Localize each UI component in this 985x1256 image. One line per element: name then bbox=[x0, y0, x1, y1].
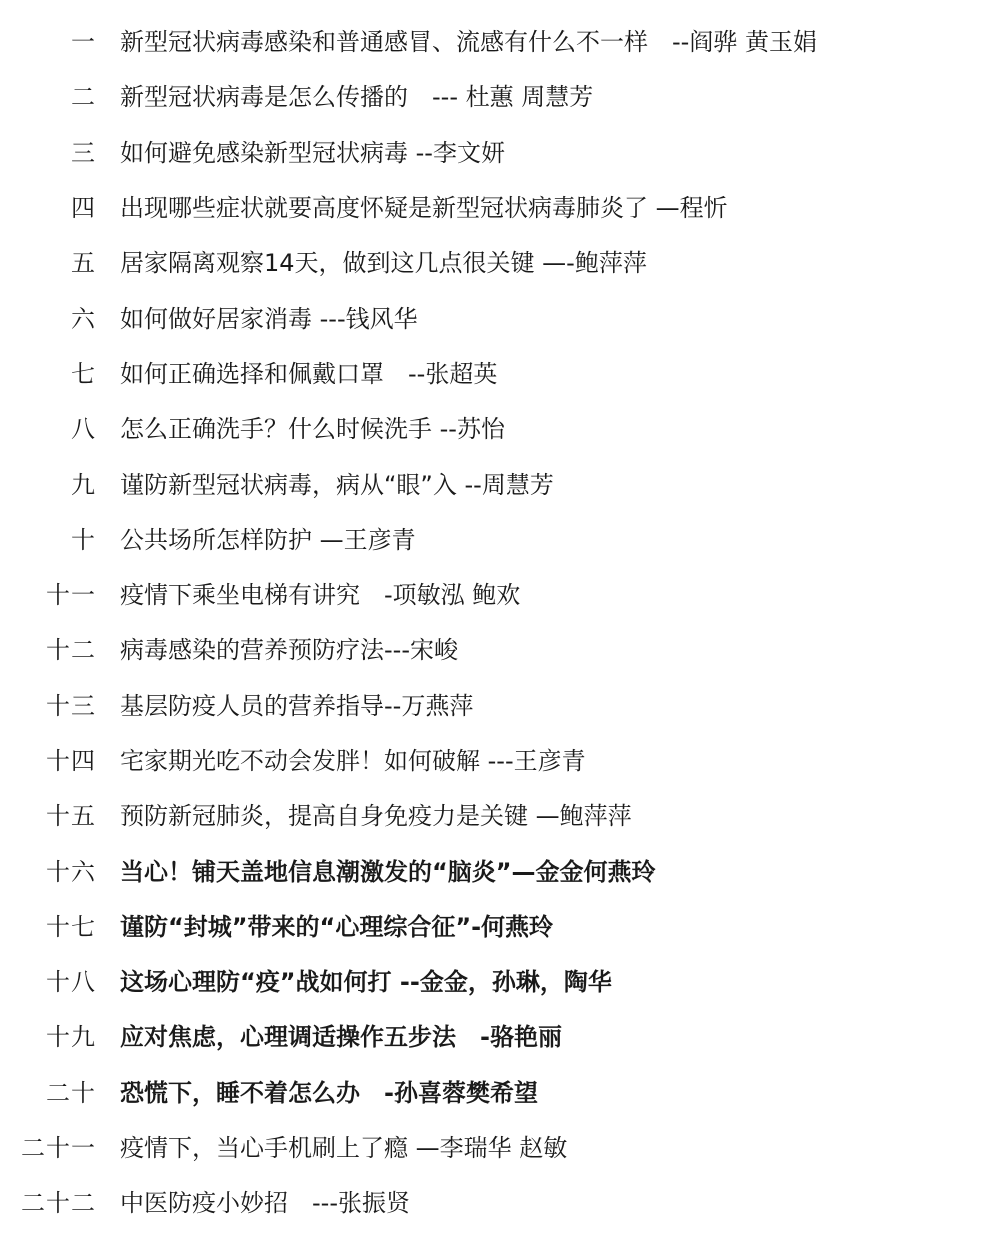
toc-item-6: 六 如何做好居家消毒 ---钱风华 bbox=[0, 288, 985, 343]
toc-item-number: 七 bbox=[0, 354, 96, 389]
toc-item-3: 三 如何避免感染新型冠状病毒 --李文妍 bbox=[0, 123, 985, 178]
toc-item-title: 病毒感染的营养预防疗法---宋峻 bbox=[120, 630, 458, 665]
toc-item-number: 十五 bbox=[0, 796, 96, 831]
toc-item-2: 二 新型冠状病毒是怎么传播的 --- 杜蕙 周慧芳 bbox=[0, 67, 985, 122]
table-of-contents: 一 新型冠状病毒感染和普通感冒、流感有什么不一样 --阎骅 黄玉娟 二 新型冠状… bbox=[0, 12, 985, 1229]
toc-item-11: 十一 疫情下乘坐电梯有讲究 -项敏泓 鲍欢 bbox=[0, 565, 985, 620]
toc-item-15: 十五 预防新冠肺炎，提高自身免疫力是关键 —鲍萍萍 bbox=[0, 786, 985, 841]
toc-item-title: 疫情下乘坐电梯有讲究 -项敏泓 鲍欢 bbox=[120, 575, 520, 610]
toc-item-10: 十 公共场所怎样防护 —王彦青 bbox=[0, 510, 985, 565]
toc-item-22: 二十二 中医防疫小妙招 ---张振贤 bbox=[0, 1173, 985, 1228]
toc-item-4: 四 出现哪些症状就要高度怀疑是新型冠状病毒肺炎了 —程忻 bbox=[0, 178, 985, 233]
toc-item-title: 应对焦虑，心理调适操作五步法 -骆艳丽 bbox=[120, 1017, 562, 1052]
toc-item-title: 疫情下，当心手机刷上了瘾 —李瑞华 赵敏 bbox=[120, 1128, 567, 1163]
toc-item-title: 怎么正确洗手？什么时候洗手 --苏怡 bbox=[120, 409, 505, 444]
toc-item-number: 十四 bbox=[0, 741, 96, 776]
toc-item-12: 十二 病毒感染的营养预防疗法---宋峻 bbox=[0, 620, 985, 675]
toc-item-13: 十三 基层防疫人员的营养指导--万燕萍 bbox=[0, 676, 985, 731]
toc-item-number: 二十二 bbox=[0, 1183, 96, 1218]
toc-item-title: 基层防疫人员的营养指导--万燕萍 bbox=[120, 686, 473, 721]
toc-item-21: 二十一 疫情下，当心手机刷上了瘾 —李瑞华 赵敏 bbox=[0, 1118, 985, 1173]
toc-item-number: 十八 bbox=[0, 962, 96, 997]
toc-item-number: 三 bbox=[0, 133, 96, 168]
toc-item-title: 新型冠状病毒感染和普通感冒、流感有什么不一样 --阎骅 黄玉娟 bbox=[120, 22, 817, 57]
toc-item-number: 一 bbox=[0, 22, 96, 57]
toc-item-title: 如何正确选择和佩戴口罩 --张超英 bbox=[120, 354, 497, 389]
toc-item-5: 五 居家隔离观察14天，做到这几点很关键 —-鲍萍萍 bbox=[0, 233, 985, 288]
toc-item-title: 出现哪些症状就要高度怀疑是新型冠状病毒肺炎了 —程忻 bbox=[120, 188, 728, 223]
toc-item-19: 十九 应对焦虑，心理调适操作五步法 -骆艳丽 bbox=[0, 1007, 985, 1062]
toc-item-17: 十七 谨防“封城”带来的“心理综合征”-何燕玲 bbox=[0, 897, 985, 952]
toc-item-20: 二十 恐慌下，睡不着怎么办 -孙喜蓉樊希望 bbox=[0, 1063, 985, 1118]
toc-item-number: 八 bbox=[0, 409, 96, 444]
toc-item-title: 公共场所怎样防护 —王彦青 bbox=[120, 520, 416, 555]
toc-item-title: 如何做好居家消毒 ---钱风华 bbox=[120, 299, 418, 334]
toc-item-number: 四 bbox=[0, 188, 96, 223]
toc-item-number: 二十 bbox=[0, 1073, 96, 1108]
toc-item-title: 居家隔离观察14天，做到这几点很关键 —-鲍萍萍 bbox=[120, 243, 647, 278]
toc-item-title: 谨防新型冠状病毒，病从“眼”入 --周慧芳 bbox=[120, 465, 554, 500]
toc-item-title: 恐慌下，睡不着怎么办 -孙喜蓉樊希望 bbox=[120, 1073, 538, 1108]
toc-item-title: 谨防“封城”带来的“心理综合征”-何燕玲 bbox=[120, 907, 553, 942]
toc-item-18: 十八 这场心理防“疫”战如何打 --金金，孙琳，陶华 bbox=[0, 952, 985, 1007]
toc-item-title: 如何避免感染新型冠状病毒 --李文妍 bbox=[120, 133, 505, 168]
toc-item-number: 二 bbox=[0, 77, 96, 112]
toc-item-title: 宅家期光吃不动会发胖！如何破解 ---王彦青 bbox=[120, 741, 586, 776]
toc-item-number: 十七 bbox=[0, 907, 96, 942]
toc-item-number: 十六 bbox=[0, 852, 96, 887]
toc-item-number: 六 bbox=[0, 299, 96, 334]
toc-item-title: 新型冠状病毒是怎么传播的 --- 杜蕙 周慧芳 bbox=[120, 77, 593, 112]
toc-item-title: 这场心理防“疫”战如何打 --金金，孙琳，陶华 bbox=[120, 962, 612, 997]
toc-item-8: 八 怎么正确洗手？什么时候洗手 --苏怡 bbox=[0, 399, 985, 454]
toc-item-number: 十二 bbox=[0, 630, 96, 665]
toc-item-number: 二十一 bbox=[0, 1128, 96, 1163]
toc-item-number: 九 bbox=[0, 465, 96, 500]
toc-item-1: 一 新型冠状病毒感染和普通感冒、流感有什么不一样 --阎骅 黄玉娟 bbox=[0, 12, 985, 67]
toc-item-number: 十 bbox=[0, 520, 96, 555]
toc-item-14: 十四 宅家期光吃不动会发胖！如何破解 ---王彦青 bbox=[0, 731, 985, 786]
toc-item-7: 七 如何正确选择和佩戴口罩 --张超英 bbox=[0, 344, 985, 399]
toc-item-16: 十六 当心！铺天盖地信息潮激发的“脑炎”—金金何燕玲 bbox=[0, 841, 985, 896]
toc-item-title: 中医防疫小妙招 ---张振贤 bbox=[120, 1183, 410, 1218]
toc-item-number: 五 bbox=[0, 243, 96, 278]
toc-item-number: 十九 bbox=[0, 1017, 96, 1052]
toc-item-number: 十一 bbox=[0, 575, 96, 610]
toc-item-9: 九 谨防新型冠状病毒，病从“眼”入 --周慧芳 bbox=[0, 454, 985, 509]
toc-item-number: 十三 bbox=[0, 686, 96, 721]
toc-item-title: 当心！铺天盖地信息潮激发的“脑炎”—金金何燕玲 bbox=[120, 852, 656, 887]
toc-item-title: 预防新冠肺炎，提高自身免疫力是关键 —鲍萍萍 bbox=[120, 796, 632, 831]
